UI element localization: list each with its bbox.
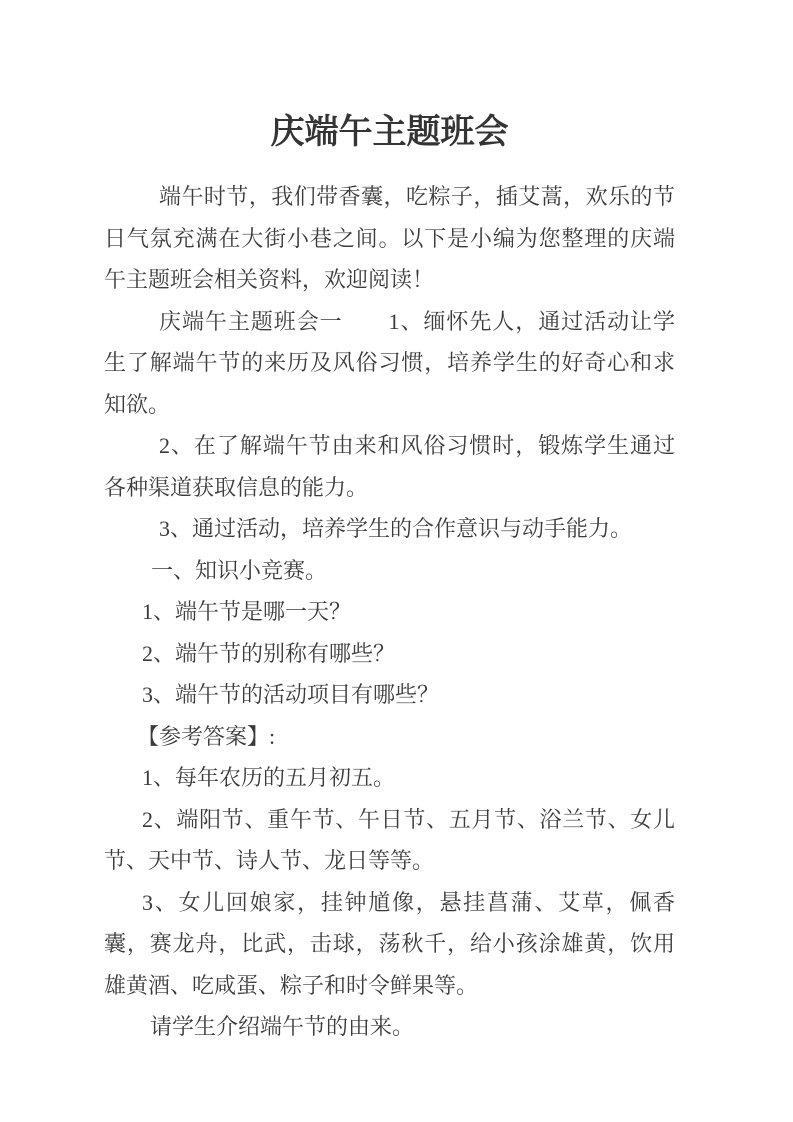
document-paragraph: 2、在了解端午节由来和风俗习惯时，锻炼学生通过各种渠道获取信息的能力。: [104, 425, 675, 508]
document-paragraph: 【参考答案】:: [104, 716, 675, 758]
document-paragraph: 1、端午节是哪一天？: [104, 591, 675, 633]
document-paragraph: 3、端午节的活动项目有哪些？: [104, 674, 675, 716]
document-body: 端午时节，我们带香囊，吃粽子，插艾蒿，欢乐的节日气氛充满在大街小巷之间。以下是小…: [104, 176, 675, 1048]
document-paragraph: 庆端午主题班会一 1、缅怀先人，通过活动让学生了解端午节的来历及风俗习惯，培养学…: [104, 301, 675, 426]
document-paragraph: 2、端阳节、重午节、午日节、五月节、浴兰节、女儿节、天中节、诗人节、龙日等等。: [104, 799, 675, 882]
document-paragraph: 请学生介绍端午节的由来。: [104, 1006, 675, 1048]
document-paragraph: 2、端午节的别称有哪些？: [104, 633, 675, 675]
document-paragraph: 3、通过活动，培养学生的合作意识与动手能力。: [104, 508, 675, 550]
document-title: 庆端午主题班会: [104, 110, 675, 156]
document-paragraph: 端午时节，我们带香囊，吃粽子，插艾蒿，欢乐的节日气氛充满在大街小巷之间。以下是小…: [104, 176, 675, 301]
document-page: 庆端午主题班会 端午时节，我们带香囊，吃粽子，插艾蒿，欢乐的节日气氛充满在大街小…: [0, 0, 793, 1122]
document-paragraph: 一、知识小竞赛。: [104, 550, 675, 592]
document-paragraph: 3、女儿回娘家，挂钟馗像，悬挂菖蒲、艾草，佩香囊，赛龙舟，比武，击球，荡秋千，给…: [104, 882, 675, 1007]
document-paragraph: 1、每年农历的五月初五。: [104, 757, 675, 799]
